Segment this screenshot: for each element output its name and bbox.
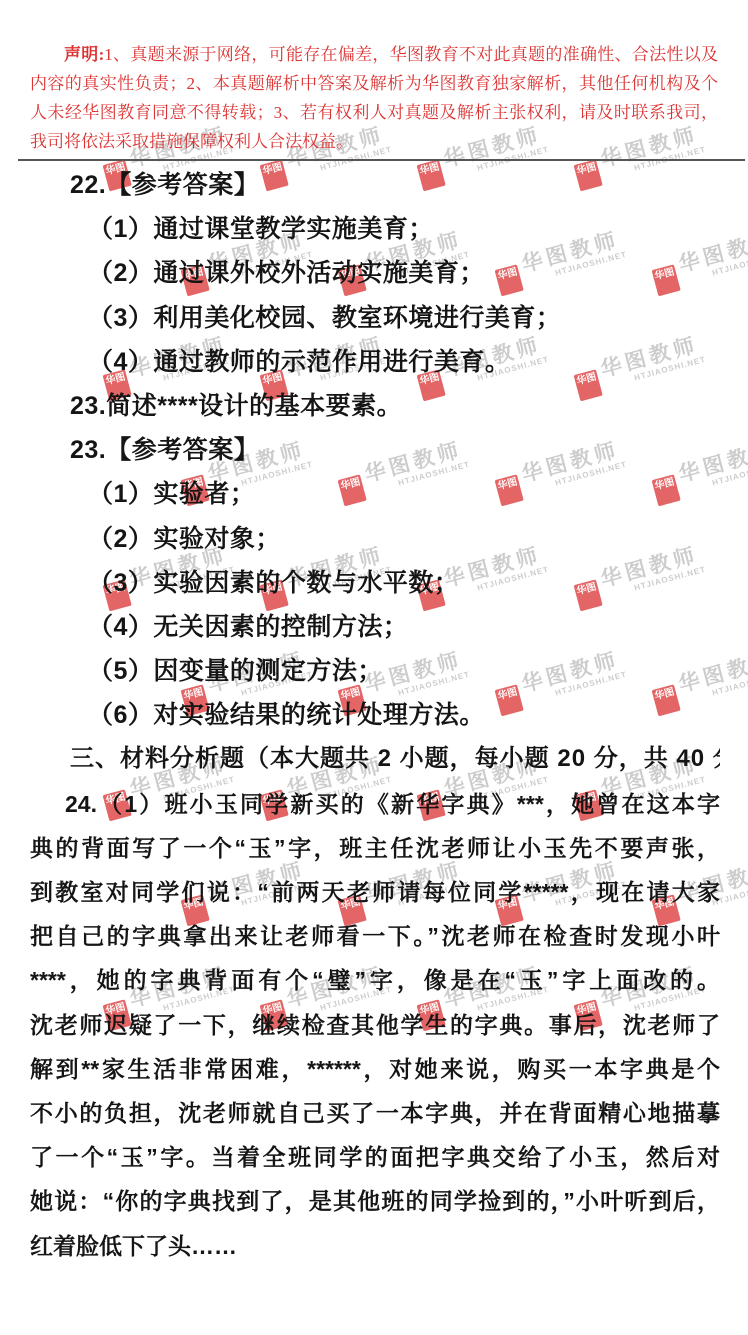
section-3-header: 三、材料分析题（本大题共 2 小题，每小题 20 分，共 40 分） [30, 737, 720, 781]
document-content: 声明:1、真题来源于网络，可能存在偏差，华图教育不对此真题的准确性、合法性以及 … [0, 0, 748, 1268]
disclaimer-line: 内容的真实性负责；2、本真题解析中答案及解析为华图教育独家解析，其他任何机构及个 [30, 69, 718, 98]
q23-point-5: （5）因变量的测定方法； [30, 649, 720, 693]
q24-line-3: 到教室对同学们说：“前两天老师请每位同学*****，现在请大家 [30, 870, 720, 914]
q24-line-9: 了一个“玉”字。当着全班同学的面把字典交给了小玉，然后对 [30, 1135, 720, 1179]
q24-line-1: 24.（1）班小玉同学新买的《新华字典》***，她曾在这本字 [30, 782, 720, 826]
q23-point-1: （1）实验者； [30, 472, 720, 516]
q24-line-4: 把自己的字典拿出来让老师看一下。”沈老师在检查时发现小叶 [30, 914, 720, 958]
disclaimer-line-text: 1、真题来源于网络，可能存在偏差，华图教育不对此真题的准确性、合法性以及 [104, 45, 718, 64]
disclaimer-line: 我司将依法采取措施保障权利人合法权益。 [30, 127, 718, 156]
q22-point-1: （1）通过课堂教学实施美育； [30, 207, 720, 251]
disclaimer: 声明:1、真题来源于网络，可能存在偏差，华图教育不对此真题的准确性、合法性以及 … [0, 0, 748, 156]
q23-point-2: （2）实验对象； [30, 517, 720, 561]
disclaimer-line: 声明:1、真题来源于网络，可能存在偏差，华图教育不对此真题的准确性、合法性以及 [30, 40, 718, 69]
q24-line-8: 不小的负担，沈老师就自己买了一本字典，并在背面精心地描摹 [30, 1091, 720, 1135]
q23-question: 23.简述****设计的基本要素。 [30, 384, 720, 428]
q23-point-4: （4）无关因素的控制方法； [30, 605, 720, 649]
q24-line-7: 解到**家生活非常困难，******，对她来说，购买一本字典是个 [30, 1047, 720, 1091]
document-page: 华图华图教师HTJIAOSHI.NET华图华图教师HTJIAOSHI.NET华图… [0, 0, 748, 1335]
q24-line-10: 她说：“你的字典找到了，是其他班的同学捡到的，”小叶听到后， [30, 1179, 720, 1223]
q23-point-6: （6）对实验结果的统计处理方法。 [30, 693, 720, 737]
q24-line-2: 典的背面写了一个“玉”字，班主任沈老师让小玉先不要声张， [30, 826, 720, 870]
q22-answer-header: 22.【参考答案】 [30, 163, 720, 207]
q24-line-6: 沈老师迟疑了一下，继续检查其他学生的字典。事后，沈老师了 [30, 1003, 720, 1047]
q24-line-5: ****，她的字典背面有个“璧”字，像是在“玉”字上面改的。 [30, 958, 720, 1002]
q23-answer-header: 23.【参考答案】 [30, 428, 720, 472]
q22-point-2: （2）通过课外校外活动实施美育； [30, 251, 720, 295]
q23-point-3: （3）实验因素的个数与水平数； [30, 561, 720, 605]
q22-point-3: （3）利用美化校园、教室环境进行美育； [30, 296, 720, 340]
disclaimer-line: 人未经华图教育同意不得转载；3、若有权利人对真题及解析主张权利，请及时联系我司， [30, 98, 718, 127]
q22-point-4: （4）通过教师的示范作用进行美育。 [30, 340, 720, 384]
q24-line-11: 红着脸低下了头…… [30, 1224, 720, 1268]
disclaimer-label: 声明: [64, 45, 104, 64]
document-body: 22.【参考答案】（1）通过课堂教学实施美育；（2）通过课外校外活动实施美育；（… [0, 161, 748, 1268]
